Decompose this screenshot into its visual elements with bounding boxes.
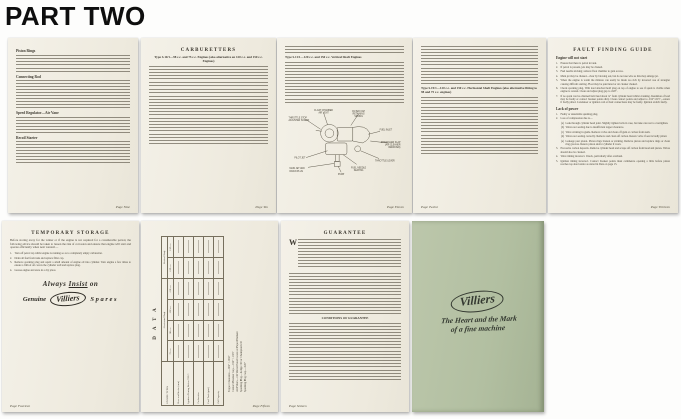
section-heading: Connecting Rod bbox=[16, 75, 130, 79]
page-fifteen-scan: DATAENGINE TYPESHorizontal ShaftVertical… bbox=[141, 221, 278, 412]
table-cell bbox=[194, 299, 204, 320]
page-twelve-scan: Type S.19/1—120 c.c. and 150 c.c. Horizo… bbox=[413, 38, 546, 213]
slogan-line1: Always Insist on bbox=[10, 280, 131, 288]
table-cell bbox=[214, 257, 224, 278]
diagram-label: MAIN JET ANDDRAIN PLUG bbox=[290, 167, 306, 173]
list-item-text: If petrol is present, jets may be choked… bbox=[561, 66, 671, 69]
section-heading: Recoil Starter bbox=[16, 136, 130, 140]
list-item: 3.Remove sparking plug and squirt a smal… bbox=[10, 261, 131, 267]
slogan-word: Always bbox=[43, 280, 69, 288]
page-thirteen-scan: FAULT FINDING GUIDEEngine will not start… bbox=[548, 38, 678, 213]
diagram-label: THROTTLE LEVER bbox=[375, 160, 395, 162]
paragraph-lines bbox=[421, 46, 538, 65]
table-cell bbox=[204, 320, 214, 341]
paragraph-lines bbox=[289, 351, 401, 367]
page-number: Page Fourteen bbox=[10, 404, 30, 408]
list-item: (a)Leak through cylinder head joint. Sli… bbox=[556, 122, 670, 125]
paragraph-lines bbox=[16, 55, 130, 65]
table-cell bbox=[214, 341, 224, 362]
cover-branding: Villiers The Heart and the Mark of a fin… bbox=[412, 289, 544, 336]
list-item-text: Ignition timing incorrect. Contact break… bbox=[561, 160, 671, 166]
list-item: 2.Loss of compression due to— bbox=[556, 117, 670, 120]
table-corner-label: ENGINE TYPES bbox=[162, 362, 174, 406]
list-item-text: Valves not seating correctly. Remove and… bbox=[566, 135, 671, 138]
list-item: 1.Ensure that there is petrol in tank. bbox=[556, 62, 670, 65]
table-cell bbox=[204, 278, 214, 299]
table-cell bbox=[174, 320, 184, 341]
list-item-text: Excessive carbon deposits. Remove cylind… bbox=[561, 147, 671, 153]
page-number: Page Twelve bbox=[421, 205, 438, 209]
list-item: 7.If no spark can be obtained hold lead … bbox=[556, 95, 670, 105]
paragraph-lines bbox=[16, 117, 130, 133]
page-number: Page Sixteen bbox=[289, 404, 307, 408]
diagram-label: FUEL NEEDLESEATING bbox=[351, 167, 367, 172]
table-cell bbox=[174, 341, 184, 362]
table-cell bbox=[214, 299, 224, 320]
list-item-text: Check sparking plug. With lead attached … bbox=[561, 87, 671, 93]
paragraph-lines bbox=[149, 89, 268, 93]
diagram-label: STRANGLER FLAP(AIR CLEANERREMOVED) bbox=[381, 141, 401, 149]
section-heading: Speed Regulator—Air Vane bbox=[16, 111, 130, 115]
list-item-text: Remove sparking plug and squirt a small … bbox=[15, 261, 132, 267]
numbered-list: 1.Ensure that there is petrol in tank.2.… bbox=[556, 62, 670, 105]
manual-scan-montage: PART TWO Piston RingsConnecting RodSpeed… bbox=[0, 0, 681, 419]
paragraph-lines bbox=[285, 62, 404, 96]
table-cell bbox=[194, 320, 204, 341]
table-cell bbox=[174, 278, 184, 299]
slogan-word: on bbox=[88, 280, 99, 288]
slogan-word: Spares bbox=[87, 296, 118, 303]
data-notes: Tappet Clearance—.002″ / .004″Contact Br… bbox=[228, 236, 249, 392]
table-cell bbox=[184, 257, 194, 278]
rotated-data-sheet: DATAENGINE TYPESHorizontal ShaftVertical… bbox=[153, 236, 278, 406]
list-item: 2.Drain all fuel from tank and replace f… bbox=[10, 257, 131, 260]
list-item: 2.If petrol is present, jets may be chok… bbox=[556, 66, 670, 69]
list-item: 6.Check sparking plug. With lead attache… bbox=[556, 87, 670, 93]
page-number: Page Eleven bbox=[387, 205, 404, 209]
table-cell bbox=[204, 299, 214, 320]
page-number: Page Thirteen bbox=[651, 205, 670, 209]
section-heading: Engine will not start bbox=[556, 56, 670, 60]
diagram-label: THROTTLE STOPADJUSTER SCREW bbox=[289, 117, 310, 122]
row-label: Carburetter bbox=[194, 362, 204, 406]
list-item: 1.Turn off petrol tap whilst engine is r… bbox=[10, 252, 131, 255]
spares-slogan: Always Insist onGenuine Villiers Spares bbox=[10, 280, 131, 306]
table-cell bbox=[214, 320, 224, 341]
list-item-text: Valve sticking in guide. Remove valve an… bbox=[566, 131, 671, 134]
paragraph-lines bbox=[421, 135, 538, 154]
table-cell bbox=[184, 341, 194, 362]
page-sixteen-scan: GUARANTEEWCONDITIONS OF GUARANTEEPage Si… bbox=[281, 221, 409, 412]
type-heading: Type S.10/1—98 c.c. and 75 c.c. Engines … bbox=[149, 56, 268, 64]
data-title: DATA bbox=[153, 236, 158, 406]
numbered-list: 1.Faulty or unsuitable sparking plug.2.L… bbox=[556, 113, 670, 166]
dropcap-paragraph: W bbox=[289, 239, 401, 270]
paragraph-lines bbox=[298, 239, 401, 267]
page-heading: GUARANTEE bbox=[289, 231, 401, 236]
list-item: 4.Main jet may be choked—clear by blowin… bbox=[556, 75, 670, 78]
table-cell bbox=[184, 320, 194, 341]
row-label: Fuel Tank (pint) bbox=[204, 362, 214, 406]
carburetter-diagram: THROTTLE STOPADJUSTER SCREWFLOAT CHAMBER… bbox=[285, 106, 404, 178]
table-cell bbox=[214, 278, 224, 299]
back-cover: Villiers The Heart and the Mark of a fin… bbox=[412, 221, 544, 412]
list-item-text: Loss of compression due to— bbox=[561, 117, 671, 120]
page-heading: CARBURETTERS bbox=[149, 48, 268, 53]
data-table: ENGINE TYPESHorizontal ShaftVertical Sha… bbox=[161, 236, 224, 406]
paragraph-lines bbox=[421, 97, 538, 104]
paragraph-lines bbox=[149, 96, 268, 115]
paragraph: Before storing away for the winter or if… bbox=[10, 239, 131, 250]
villiers-logo: Villiers bbox=[49, 291, 85, 308]
paragraph-lines bbox=[289, 298, 401, 314]
paragraph-lines bbox=[149, 134, 268, 144]
cover-slogan: The Heart and the Mark of a fine machine bbox=[412, 314, 544, 336]
list-item: 1.Faulty or unsuitable sparking plug. bbox=[556, 113, 670, 116]
table-cell bbox=[184, 278, 194, 299]
dropcap-letter: W bbox=[289, 239, 297, 246]
slogan-line2: Genuine Villiers Spares bbox=[10, 292, 131, 306]
type-heading: Type S.19/1—120 c.c. and 150 c.c. Horizo… bbox=[421, 87, 538, 95]
list-item: 4.Grease engine and store in a dry place… bbox=[10, 269, 131, 272]
table-cell bbox=[214, 237, 224, 258]
page-number: Page Nine bbox=[116, 205, 130, 209]
page-number: Page Fifteen bbox=[253, 404, 270, 408]
list-item: (e)Leakage past piston. Piston rings bro… bbox=[556, 140, 670, 146]
list-item-text: Leak through cylinder head joint. Slight… bbox=[566, 122, 671, 125]
paragraph-lines bbox=[421, 107, 538, 132]
table-cell bbox=[204, 257, 214, 278]
list-item: 3.Fuel needle sticking; remove float cha… bbox=[556, 70, 670, 73]
paragraph-lines bbox=[149, 66, 268, 79]
paragraph-lines bbox=[149, 118, 268, 131]
list-item: 5.When the engine is warm the mixture ca… bbox=[556, 79, 670, 85]
list-item-text: Ensure that there is petrol in tank. bbox=[561, 62, 671, 65]
list-item-text: Main jet may be choked—clear by blowing … bbox=[561, 75, 671, 78]
paragraph-lines bbox=[285, 46, 404, 53]
table-cell bbox=[184, 299, 194, 320]
list-item-text: Leakage past piston. Piston rings broken… bbox=[566, 140, 671, 146]
diagram-label: PILOT JET bbox=[294, 157, 306, 159]
page-heading: TEMPORARY STORAGE bbox=[10, 231, 131, 236]
page-heading: FAULT FINDING GUIDE bbox=[556, 48, 670, 53]
table-cell bbox=[174, 299, 184, 320]
type-heading: Type S.11/1—120 c.c. and 150 c.c. Vertic… bbox=[285, 56, 404, 60]
paragraph-lines bbox=[289, 273, 401, 295]
paragraph-lines bbox=[16, 141, 130, 163]
list-item-text: Fuel needle sticking; remove float chamb… bbox=[561, 70, 671, 73]
list-item-text: Valves not seating due to insufficient t… bbox=[566, 126, 671, 129]
diagram-label: FILTER CAPRETAININGSPRING bbox=[352, 110, 365, 118]
list-item-text: Faulty or unsuitable sparking plug. bbox=[561, 113, 671, 116]
paragraph-lines bbox=[16, 80, 130, 108]
section-heading: Lack of power bbox=[556, 107, 670, 111]
page-number: Page Ten bbox=[255, 205, 268, 209]
table-cell bbox=[194, 278, 204, 299]
list-item: 3.Excessive carbon deposits. Remove cyli… bbox=[556, 147, 670, 153]
list-item: (c)Valve sticking in guide. Remove valve… bbox=[556, 131, 670, 134]
paragraph-lines bbox=[149, 82, 268, 86]
page-ten-scan: CARBURETTERSType S.10/1—98 c.c. and 75 c… bbox=[141, 38, 276, 213]
table-cell bbox=[174, 257, 184, 278]
table-cell bbox=[204, 341, 214, 362]
table-cell bbox=[184, 237, 194, 258]
list-item-text: When the engine is warm the mixture can … bbox=[561, 79, 671, 85]
page-fourteen-scan: TEMPORARY STORAGEBefore storing away for… bbox=[2, 221, 139, 412]
list-item: 4.Valve timing incorrect. Check, particu… bbox=[556, 155, 670, 158]
row-label: Ignition Timing Before T.D.C. bbox=[184, 362, 194, 406]
paragraph-lines bbox=[289, 370, 401, 380]
data-note: Sparking Plug Gap—.020″ bbox=[244, 236, 248, 392]
table-cell bbox=[204, 237, 214, 258]
diagram-label: FLOAT CHAMBERAIR VENT bbox=[314, 109, 333, 115]
slogan-word: Genuine bbox=[23, 296, 48, 303]
diagram-label: FUEL INLET bbox=[380, 129, 393, 131]
diagram-label: PUMP bbox=[338, 174, 345, 176]
slogan-word-underlined: Insist bbox=[69, 280, 88, 288]
page-nine-scan: Piston RingsConnecting RodSpeed Regulato… bbox=[8, 38, 138, 213]
list-item-text: Drain all fuel from tank and replace fil… bbox=[15, 257, 132, 260]
table-cell bbox=[194, 341, 204, 362]
paragraph-lines bbox=[421, 68, 538, 84]
list-item-text: Valve timing incorrect. Check, particula… bbox=[561, 155, 671, 158]
list-item: (d)Valves not seating correctly. Remove … bbox=[556, 135, 670, 138]
list-item-text: Turn off petrol tap whilst engine is run… bbox=[15, 252, 132, 255]
table-cell bbox=[174, 237, 184, 258]
table-cell bbox=[194, 257, 204, 278]
paragraph-lines bbox=[289, 323, 401, 348]
list-item-text: Grease engine and store in a dry place. bbox=[15, 269, 132, 272]
page-eleven-scan: Type S.11/1—120 c.c. and 150 c.c. Vertic… bbox=[277, 38, 412, 213]
paragraph-lines bbox=[16, 68, 130, 72]
list-item: 5.Ignition timing incorrect. Contact bre… bbox=[556, 160, 670, 166]
paragraph-lines bbox=[285, 99, 404, 103]
row-label: Bore and Stroke (mm) bbox=[174, 362, 184, 406]
villiers-logo: Villiers bbox=[451, 288, 504, 315]
numbered-list: 1.Turn off petrol tap whilst engine is r… bbox=[10, 252, 131, 272]
list-item-text: If no spark can be obtained hold lead ab… bbox=[561, 95, 671, 105]
list-item: (b)Valves not seating due to insufficien… bbox=[556, 126, 670, 129]
row-label: Oil Capacity bbox=[214, 362, 224, 406]
table-cell bbox=[194, 237, 204, 258]
part-title: PART TWO bbox=[5, 1, 146, 32]
section-heading: Piston Rings bbox=[16, 49, 130, 53]
type-heading: CONDITIONS OF GUARANTEE bbox=[289, 317, 401, 321]
